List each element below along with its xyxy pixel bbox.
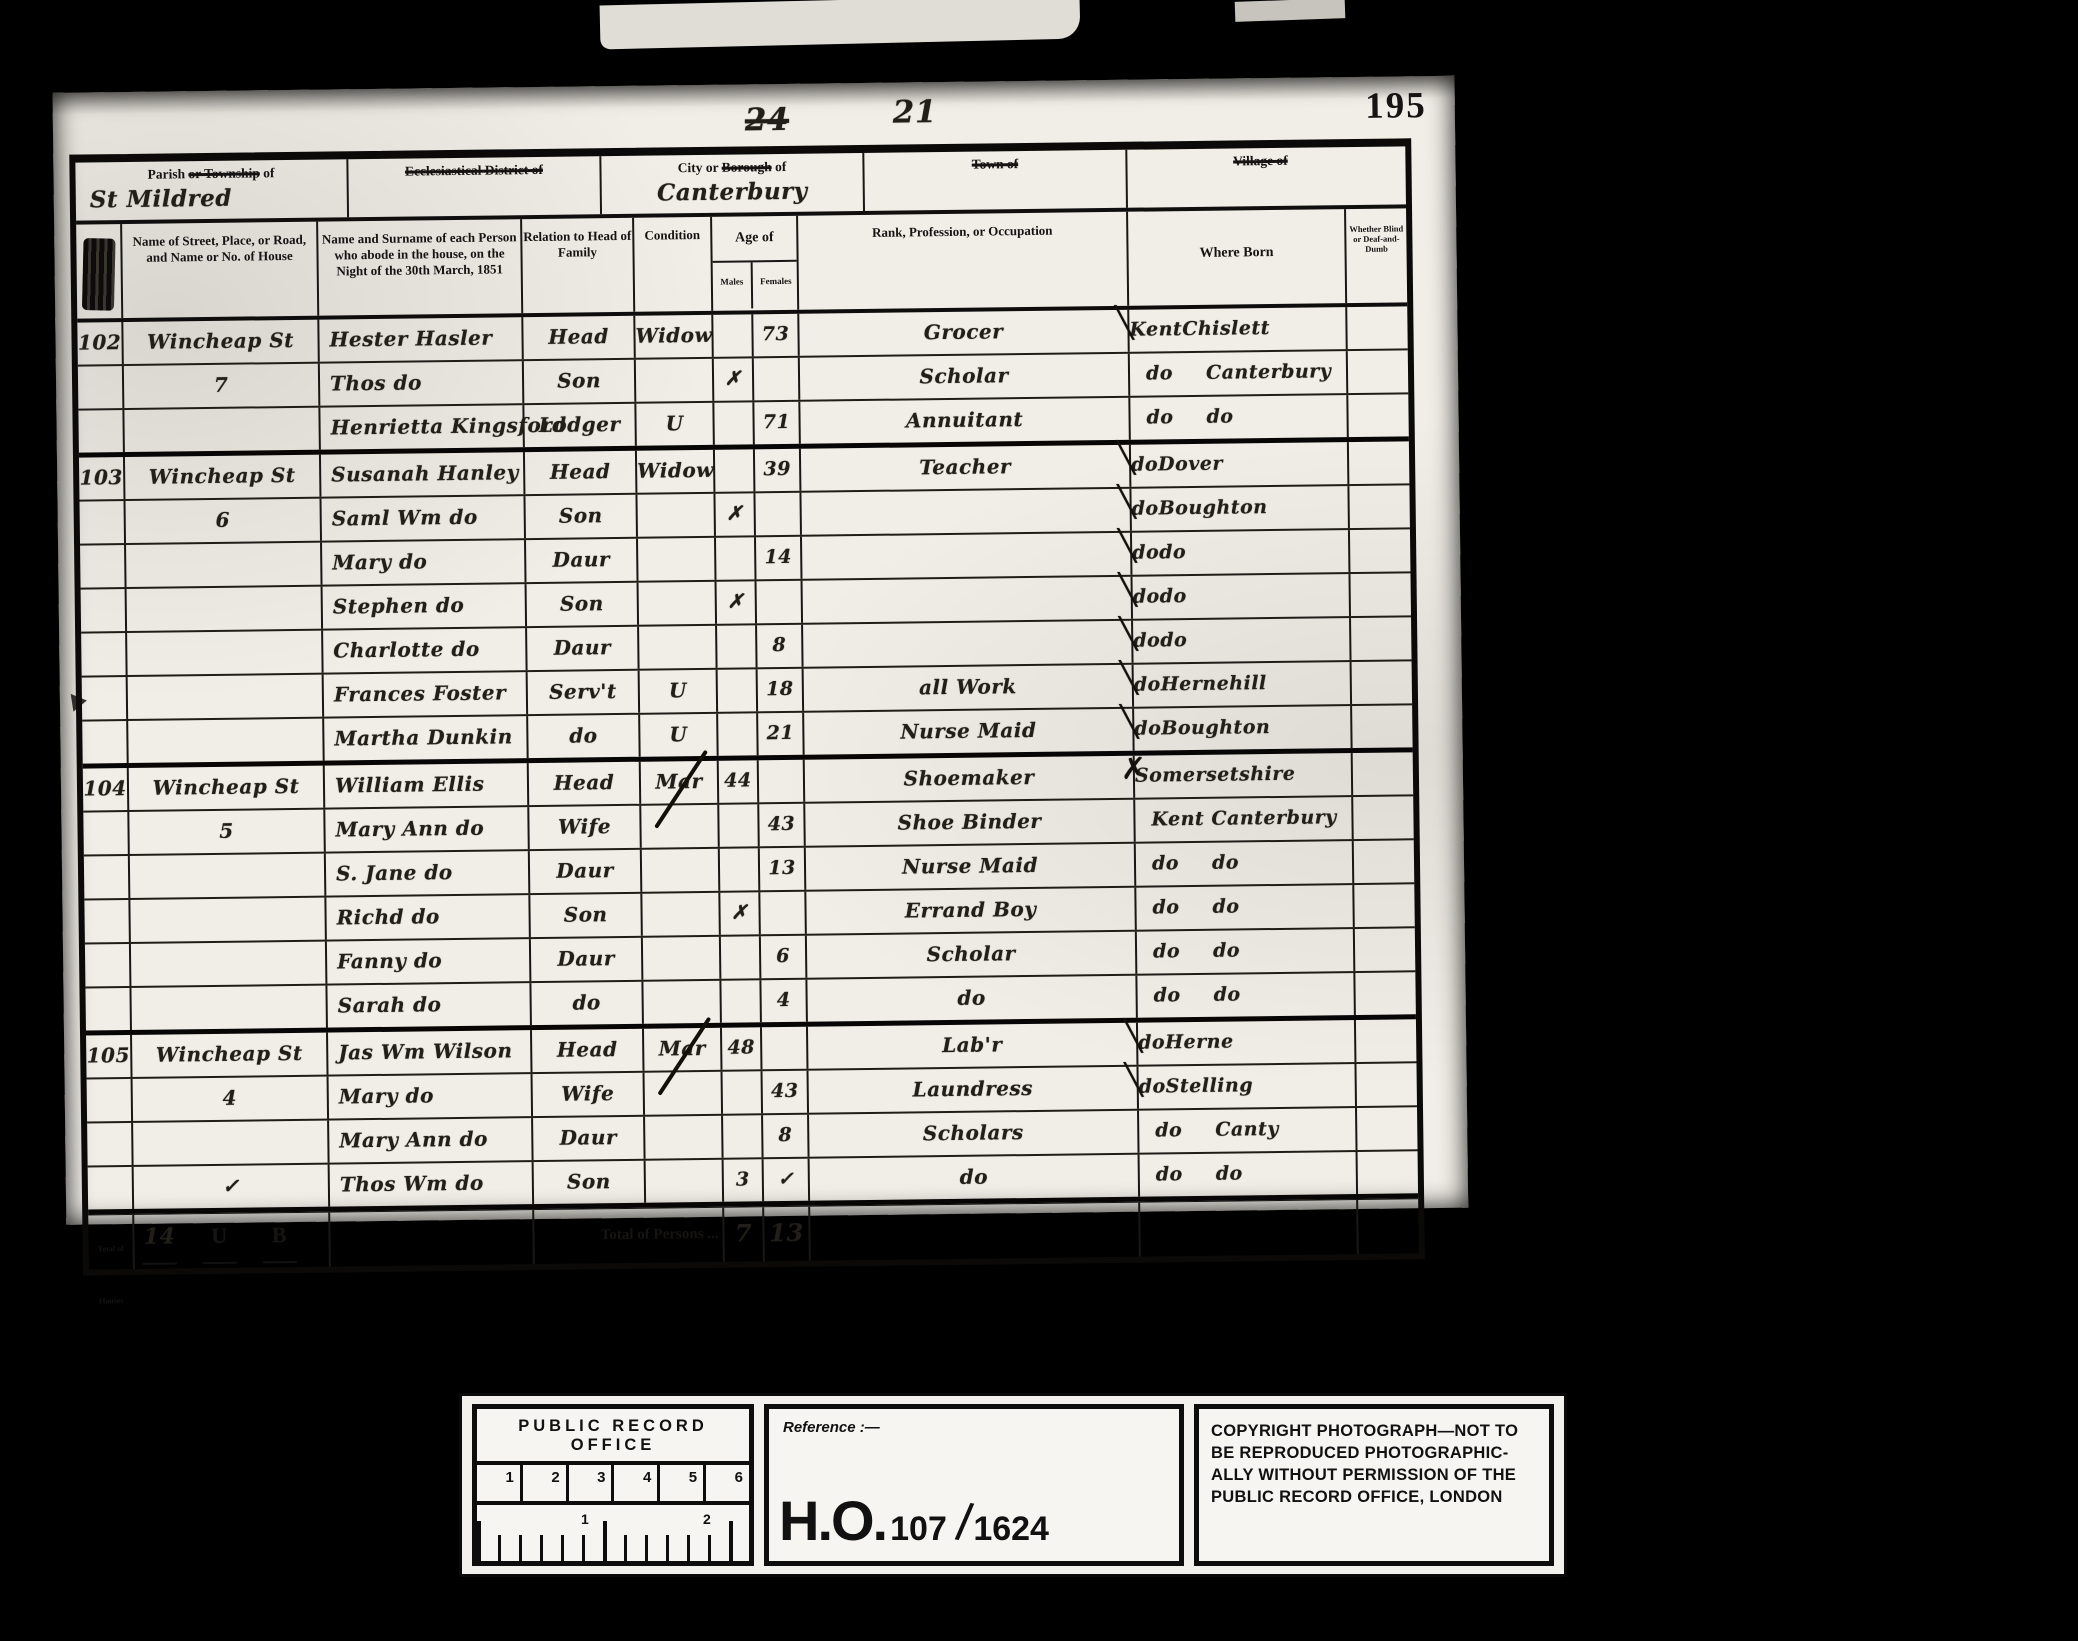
cell-where-born: dodo [1136,841,1354,886]
born-county: do [1137,931,1214,974]
total-males: 7 [724,1207,765,1261]
cell-schedule [88,1167,135,1210]
cell-name: Mary do [329,1074,533,1118]
uninhabited-label: U [202,1210,237,1264]
cell-schedule [80,545,127,588]
field-parish-label: Parish or Township of [75,159,346,183]
cell-blind [1352,705,1413,748]
cell-age-female: 8 [763,1115,810,1158]
cell-blind [1356,1019,1417,1062]
born-county: Kent [1135,799,1212,842]
cell-age-male [719,804,760,846]
totals-spacer [1140,1200,1359,1257]
houses-count: 14 [142,1210,177,1264]
cell-relation: Head [532,1029,645,1072]
cell-where-born: dodo [1140,1152,1358,1197]
cell-age-female: 14 [756,537,803,580]
field-village: Village of [1127,147,1394,208]
cell-blind [1355,928,1416,971]
cell-condition [639,582,718,625]
cell-condition: Mar [644,1028,723,1071]
born-place: do [1160,620,1187,662]
cell-relation: Head [529,762,642,805]
reference-number: H.O. 107 / 1624 [779,1493,1049,1553]
cell-schedule: 103 [79,457,126,500]
cell-age-female: 4 [761,980,808,1023]
pen-tick: ╲ [1124,1017,1143,1057]
cell-relation: Wife [533,1073,646,1116]
cell-condition: Mar [641,761,720,804]
cell-name: Susanah Hanley [321,452,525,496]
form-frame: Parish or Township of St Mildred Ecclesi… [69,138,1425,1275]
cell-condition: U [640,670,719,713]
cell-age-male: 44 [719,760,760,802]
schedule-header-smudge [82,238,116,311]
cell-condition [641,805,720,848]
cell-occupation [803,621,1133,667]
cell-street [131,942,327,986]
cell-occupation: Nurse Maid [806,844,1136,890]
totals-spacer [810,1203,1141,1261]
cell-street [130,898,326,942]
pen-tick: ╲ [1115,304,1134,344]
cell-condition [642,849,721,892]
cell-name: Charlotte do [323,628,527,672]
born-place: do [1159,532,1186,574]
label-struck-text: Town of [972,156,1019,172]
cell-schedule: 105 [86,1035,133,1078]
cell-where-born: ╲dodo [1133,618,1351,663]
cell-schedule: 102 [77,322,124,365]
cell-street: 5 [129,810,325,854]
cell-age-male [721,936,762,978]
cell-where-born: doCanty [1139,1108,1357,1153]
label-text: of [260,165,275,180]
cell-age-female: 18 [758,669,805,712]
pro-ruler: 1 2 [477,1505,749,1561]
cell-where-born: ╲KentChislett [1129,307,1347,352]
cell-age-female [757,581,804,624]
total-houses-value: 14 U B [134,1213,331,1269]
cell-street [130,854,326,898]
born-county: do [1136,887,1213,930]
field-town-label: Town of [864,150,1125,174]
photo-artifact [1235,0,1346,22]
cell-age-female: 43 [759,804,806,847]
cell-age-female: ✓ [764,1159,811,1202]
cell-occupation [802,533,1132,579]
cell-street [126,543,322,587]
cell-age-female [755,493,802,536]
cell-where-born: dodo [1136,885,1354,930]
pen-tick: ╲ [1120,659,1139,699]
cell-schedule [85,944,132,987]
born-place: Canterbury [1206,351,1332,395]
cell-where-born: ╲doDover [1131,442,1349,487]
cell-age-female [754,358,801,401]
cell-relation: Daur [533,1117,646,1160]
cell-age-female: 13 [760,848,807,891]
cell-condition: Widow [635,315,714,358]
cell-name: William Ellis [325,763,529,807]
cell-age-female: 43 [763,1071,810,1114]
cell-relation: Head [523,316,636,359]
page-number: 21 [893,94,938,131]
cell-where-born: ╲dodo [1132,530,1350,575]
pro-scale-numbers: 1 2 3 4 5 6 [477,1465,749,1505]
cell-relation: Son [525,495,638,538]
field-village-value [1128,171,1394,174]
pen-tick: ✗ [1121,750,1147,790]
cell-occupation: Scholars [809,1111,1139,1157]
cell-name: Thos do [320,361,524,405]
cell-occupation: Errand Boy [806,888,1136,934]
pro-ruler-box: PUBLIC RECORD OFFICE 1 2 3 4 5 6 1 2 [472,1404,754,1566]
cell-where-born: ╲doHernehill [1134,662,1352,707]
cell-occupation: do [807,976,1137,1022]
cell-occupation: all Work [804,665,1134,711]
cell-blind [1358,1151,1419,1194]
cell-where-born: ╲doBoughton [1134,706,1352,751]
field-city-value: Canterbury [602,177,863,207]
cell-street: Wincheap St [125,455,321,499]
cell-where-born: dodo [1137,929,1355,974]
column-headers: Name of Street, Place, or Road, and Name… [76,208,1407,322]
cell-blind [1353,796,1414,839]
cell-street: 6 [126,499,322,543]
copyright-box: COPYRIGHT PHOTOGRAPH—NOT TO BE REPRODUCE… [1194,1404,1554,1566]
born-county: do [1137,975,1214,1018]
photo-artifact [600,0,1081,49]
scale-number: 2 [523,1465,569,1501]
cell-name: Martha Dunkin [324,716,528,760]
cell-street [128,719,324,763]
cell-street [128,675,324,719]
cell-where-born: ╲doStelling [1138,1064,1356,1109]
born-place: Hernehill [1161,663,1267,706]
born-place: do [1206,396,1233,438]
cell-age-male [720,848,761,890]
col-relation-header: Relation to Head of Family [522,218,635,313]
cell-condition: Widow [637,450,716,493]
reference-separator: / [953,1492,976,1553]
cell-name: Sarah do [327,983,531,1027]
cell-relation: Daur [526,539,639,582]
cell-age-male: ✗ [715,493,756,535]
born-county: do [1130,353,1207,396]
cell-where-born: ╲doBoughton [1131,486,1349,531]
total-persons-label: Total of Persons ... [534,1208,725,1264]
cell-name: Mary do [322,540,526,584]
cell-relation: Head [525,451,638,494]
total-houses-label: Total of Houses [88,1215,135,1270]
page-number-struck: 24 [745,102,790,139]
col-age-header: Age of Males Females [712,216,799,311]
totals-spacer [1358,1199,1419,1254]
cell-name: Thos Wm do [330,1162,534,1206]
cell-age-male [716,537,757,579]
cell-schedule [80,501,127,544]
cell-blind [1349,485,1410,528]
cell-blind [1351,617,1412,660]
cell-age-female: 8 [757,625,804,668]
scale-number: 5 [660,1465,706,1501]
scale-number: 4 [614,1465,660,1501]
totals-row: Total of Houses 14 U B Total of Persons … [88,1198,1419,1269]
cell-blind [1350,529,1411,572]
born-county: Kent [1129,309,1182,352]
table-body: 102Wincheap StHester HaslerHeadWidow73Gr… [77,306,1418,1214]
folio-number: 195 [1365,84,1427,128]
cell-street: Wincheap St [132,1033,328,1077]
born-place: Boughton [1158,487,1267,530]
age-males-label: Males [713,262,754,308]
cell-age-male: ✗ [714,358,755,400]
cell-age-male [721,980,762,1022]
born-county: Somersetshire [1135,754,1296,798]
born-place: Stelling [1165,1065,1253,1108]
pen-tick: ╲ [1124,1061,1143,1101]
copyright-line: ALLY WITHOUT PERMISSION OF THE [1211,1465,1537,1487]
totals-spacer [330,1210,535,1266]
cell-age-male [718,669,759,711]
pro-title: PUBLIC RECORD OFFICE [477,1409,749,1465]
cell-schedule [82,677,129,720]
cell-name: Stephen do [323,584,527,628]
born-county: do [1139,1110,1216,1153]
cell-relation: Son [530,894,643,937]
label-struck-text: Borough [722,159,772,175]
col-condition-header: Condition [634,217,713,312]
cell-blind [1349,441,1410,484]
col-schedule-header [76,224,123,319]
label-struck-text: Ecclesiastical District of [405,162,543,179]
cell-name: Frances Foster [324,672,528,716]
cell-age-female [762,1027,809,1070]
cell-schedule [81,633,128,676]
cell-blind [1348,394,1409,437]
cell-name: Saml Wm do [321,496,525,540]
col-street-header: Name of Street, Place, or Road, and Name… [122,222,319,318]
cell-occupation: Grocer [799,310,1129,356]
cell-age-female [760,892,807,935]
field-parish-value: St Mildred [76,183,347,213]
cell-relation: Daur [530,850,643,893]
copyright-line: BE REPRODUCED PHOTOGRAPHIC- [1211,1443,1537,1465]
cell-blind [1354,840,1415,883]
cell-condition [645,1116,724,1159]
scale-number: 3 [569,1465,615,1501]
pen-tick: ╲ [1118,571,1137,611]
copyright-line: PUBLIC RECORD OFFICE, LONDON [1211,1487,1537,1509]
field-parish: Parish or Township of St Mildred [75,159,349,220]
cell-age-male [723,1071,764,1113]
copyright-line: COPYRIGHT PHOTOGRAPH—NOT TO [1211,1421,1537,1443]
col-blind-header: Whether Blind or Deaf-and-Dumb [1346,208,1407,303]
born-place: Chislett [1182,308,1270,351]
cell-relation: Daur [527,627,640,670]
cell-age-male: ✗ [717,581,758,623]
pen-tick: ╲ [1117,439,1136,479]
born-place: Dover [1158,444,1223,487]
pen-tick: ╲ [1119,615,1138,655]
born-place: do [1213,930,1240,972]
cell-condition [645,1072,724,1115]
field-eccl-label: Ecclesiastical District of [348,156,599,180]
cell-blind [1356,1063,1417,1106]
born-place: Herne [1165,1022,1234,1065]
cell-name: S. Jane do [326,851,530,895]
born-place: Canty [1215,1109,1279,1152]
cell-condition: U [636,403,715,446]
cell-occupation [801,489,1131,535]
cell-street: Wincheap St [129,766,325,810]
age-of-label: Age of [712,216,797,263]
col-occupation-header: Rank, Profession, or Occupation [798,212,1129,310]
col-name-header: Name and Surname of each Person who abod… [318,219,523,315]
label-struck-text: Village of [1233,153,1288,169]
cell-where-born: KentCanterbury [1135,797,1353,842]
cell-condition [639,626,718,669]
cell-relation: Son [524,360,637,403]
cell-schedule [83,812,130,855]
cell-where-born: ✗Somersetshire [1135,753,1353,798]
label-text: of [772,159,787,174]
cell-age-female: 39 [755,449,802,492]
cell-where-born: ╲doHerne [1138,1020,1356,1065]
field-ecclesiastical-district: Ecclesiastical District of [348,156,602,217]
cell-where-born: dodo [1130,395,1348,440]
cell-street [124,408,320,452]
cell-condition [642,893,721,936]
cell-age-female: 71 [754,402,801,445]
cell-street: ✓ [134,1165,330,1209]
cell-occupation: Teacher [801,445,1131,491]
cell-age-male: 48 [722,1027,763,1069]
born-place: do [1212,886,1239,928]
pro-reference-strip: PUBLIC RECORD OFFICE 1 2 3 4 5 6 1 2 Ref… [462,1396,1564,1574]
label-struck-text: or Township [188,165,260,181]
cell-relation: Lodger [524,404,637,447]
cell-relation: do [531,982,644,1025]
cell-occupation: Shoe Binder [805,800,1135,846]
cell-street: 7 [124,364,320,408]
cell-blind [1354,884,1415,927]
cell-where-born: ╲dodo [1133,574,1351,619]
cell-age-male: ✗ [720,892,761,934]
cell-schedule [87,1079,134,1122]
cell-blind [1348,350,1409,393]
cell-where-born: dodo [1137,973,1355,1018]
born-place: do [1213,974,1240,1016]
cell-age-female: 6 [761,936,808,979]
cell-relation: Son [527,583,640,626]
cell-name: Jas Wm Wilson [328,1030,532,1074]
cell-blind [1355,972,1416,1015]
cell-street [131,986,327,1030]
cell-age-male [713,314,754,356]
cell-age-male [714,402,755,444]
field-eccl-value [349,180,600,183]
cell-occupation: Lab'r [808,1023,1138,1069]
age-females-label: Females [753,262,800,309]
cell-condition [636,359,715,402]
cell-relation: Serv't [528,671,641,714]
cell-blind [1347,306,1408,349]
cell-occupation: Laundress [809,1067,1139,1113]
scale-number: 1 [477,1465,523,1501]
cell-age-female: 21 [758,713,805,756]
cell-age-male [715,449,756,491]
cell-occupation: Scholar [807,932,1137,978]
census-sheet: 195 24 21 Parish or Township of St Mildr… [53,76,1469,1225]
cell-blind [1353,752,1414,795]
cell-street: Wincheap St [123,320,319,364]
field-town-value [865,174,1126,177]
cell-schedule [87,1123,134,1166]
cell-name: Fanny do [327,939,531,983]
cell-condition [643,937,722,980]
cell-schedule [82,721,129,764]
born-county: do [1140,1154,1217,1197]
pen-tick: ╲ [1120,703,1139,743]
cell-age-male [717,625,758,667]
reference-label: Reference :— [783,1419,1165,1436]
cell-relation: Wife [529,806,642,849]
total-females: 13 [764,1207,811,1262]
cell-condition [638,538,717,581]
cell-schedule [84,900,131,943]
scale-number: 6 [706,1465,749,1501]
cell-age-male [718,713,759,755]
cell-relation: Son [534,1161,647,1204]
field-town: Town of [864,150,1128,211]
born-county: do [1136,843,1213,886]
cell-street [133,1121,329,1165]
reference-dept: H.O. [779,1496,886,1546]
born-county: do [1130,397,1207,440]
born-place: Boughton [1161,707,1270,750]
label-text: Parish [147,166,188,181]
pen-tick: ╲ [1117,483,1136,523]
cell-where-born: doCanterbury [1130,351,1348,396]
born-place: Canterbury [1211,797,1337,841]
reference-piece: 107 [890,1510,947,1549]
cell-street [127,631,323,675]
cell-occupation [803,577,1133,623]
field-city: City or Borough of Canterbury [601,153,865,214]
col-born-header: Where Born [1128,209,1347,306]
cell-blind [1350,573,1411,616]
cell-blind [1352,661,1413,704]
cell-age-female [759,760,806,803]
cell-occupation: Scholar [800,354,1130,400]
cell-name: Mary Ann do [329,1118,533,1162]
cell-relation: do [528,715,641,758]
pen-tick: ╲ [1118,527,1137,567]
cell-occupation: do [810,1155,1140,1201]
cell-street [127,587,323,631]
cell-condition [646,1160,725,1203]
cell-street: 4 [133,1077,329,1121]
field-village-label: Village of [1127,147,1393,171]
ruler-major-ticks [477,1521,749,1561]
born-place: do [1159,576,1186,618]
cell-relation: Daur [531,938,644,981]
building-label: B [262,1209,297,1263]
cell-name: Henrietta Kingsford [320,405,524,449]
cell-occupation: Nurse Maid [804,709,1134,755]
